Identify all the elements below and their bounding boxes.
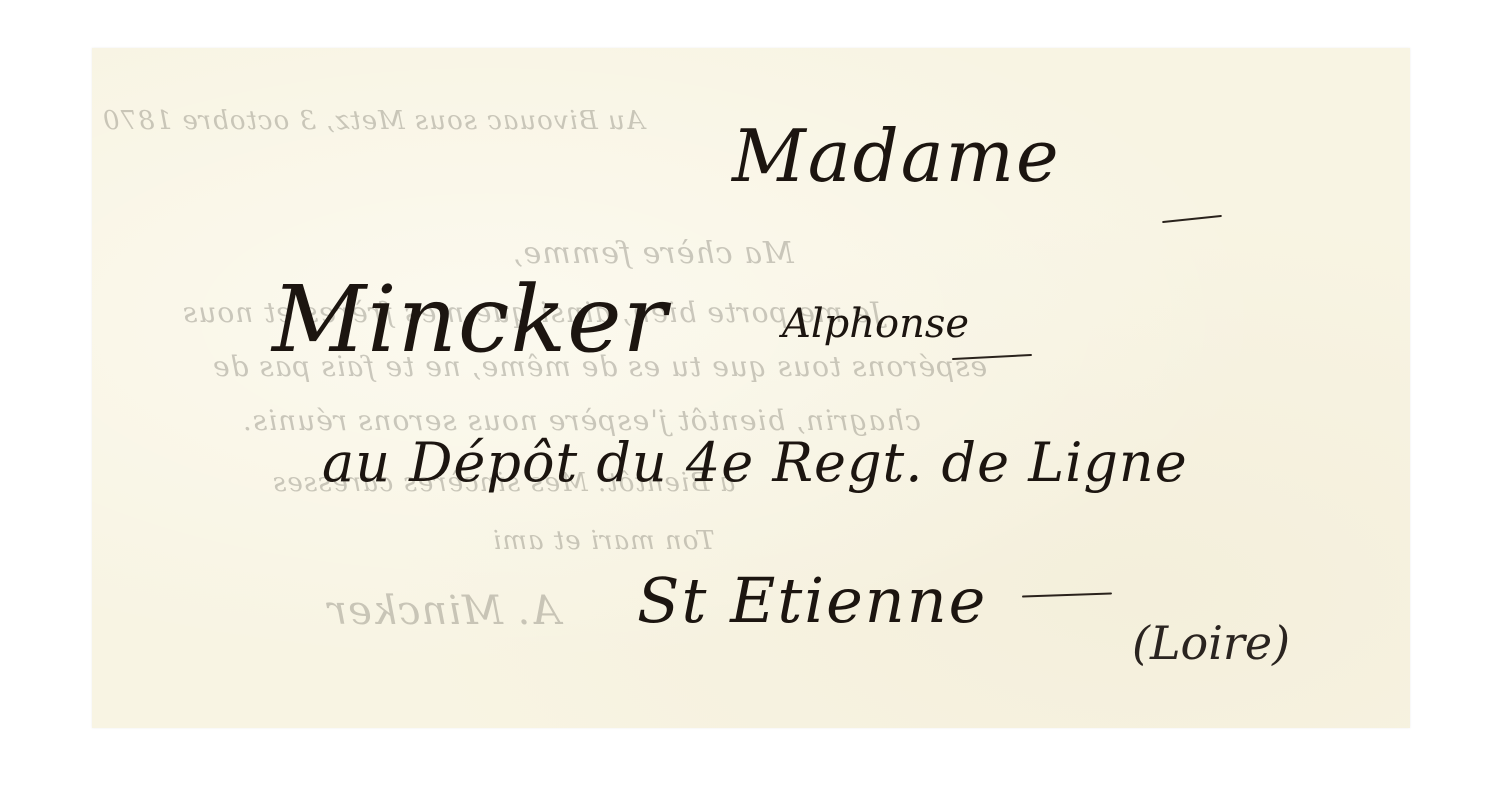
flourish-stroke — [1022, 592, 1112, 597]
address-firstname: Alphonse — [782, 304, 969, 344]
address-line: au Dépôt du 4e Regt. de Ligne — [322, 436, 1188, 490]
ghost-signature: A. Mincker — [327, 588, 560, 634]
address-city: St Etienne — [637, 570, 987, 632]
address-region: (Loire) — [1132, 620, 1290, 666]
address-surname: Mincker — [272, 274, 668, 366]
letter-paper: Au Bivouac sous Metz, 3 octobre 1870 Ma … — [92, 48, 1410, 728]
ghost-text-closing: Ton mari et ami — [492, 526, 715, 556]
address-salutation: Madame — [732, 120, 1061, 192]
ghost-text-dateline: Au Bivouac sous Metz, 3 octobre 1870 — [102, 106, 645, 136]
flourish-stroke — [1162, 215, 1222, 223]
